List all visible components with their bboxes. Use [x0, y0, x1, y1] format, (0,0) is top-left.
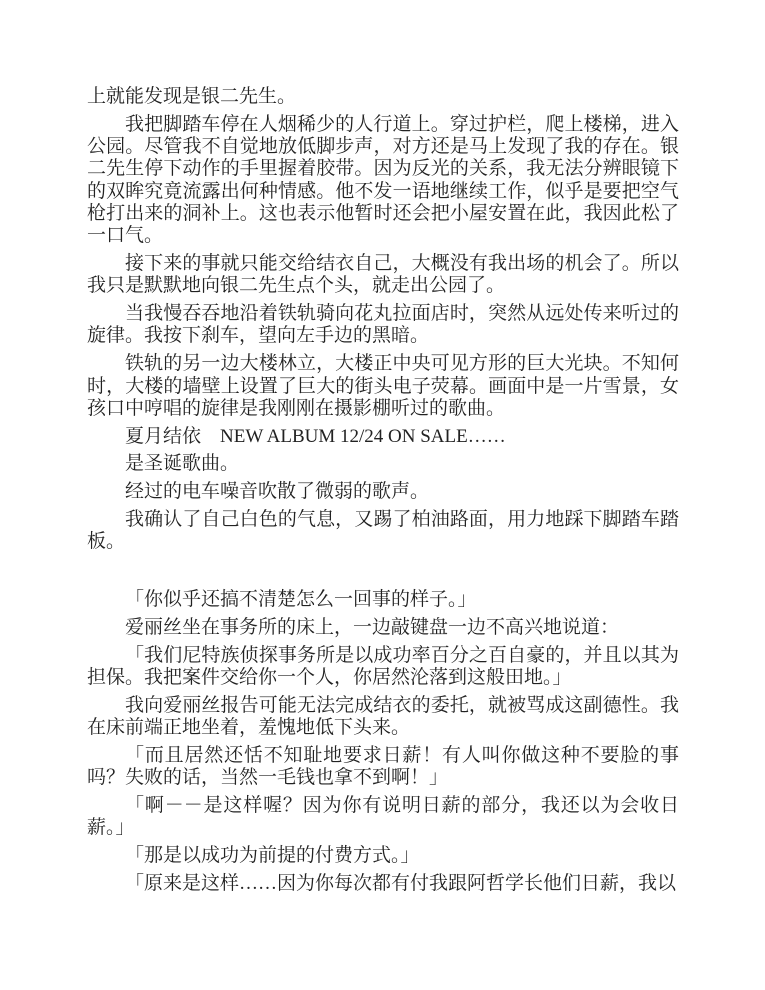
dialogue-paragraph: 「啊－－是这样喔？因为你有说明日薪的部分，我还以为会收日薪。」: [87, 795, 679, 840]
paragraph: 我把脚踏车停在人烟稀少的人行道上。穿过护栏，爬上楼梯，进入公园。尽管我不自觉地放…: [87, 114, 679, 248]
dialogue-paragraph: 「原来是这样……因为你每次都有付我跟阿哲学长他们日薪，我以: [87, 873, 679, 895]
paragraph: 上就能发现是银二先生。: [87, 86, 679, 108]
dialogue-paragraph: 「而且居然还恬不知耻地要求日薪！有人叫你做这种不要脸的事吗？失败的话，当然一毛钱…: [87, 745, 679, 790]
paragraph: 我向爱丽丝报告可能无法完成结衣的委托，就被骂成这副德性。我在床前端正地坐着，羞愧…: [87, 695, 679, 740]
paragraph: 是圣诞歌曲。: [87, 453, 679, 475]
dialogue-paragraph: 「你似乎还搞不清楚怎么一回事的样子。」: [87, 589, 679, 611]
album-banner-line: 夏月结依 NEW ALBUM 12/24 ON SALE……: [87, 426, 679, 448]
dialogue-paragraph: 「我们尼特族侦探事务所是以成功率百分之百自豪的，并且以其为担保。我把案件交给你一…: [87, 645, 679, 690]
paragraph: 当我慢吞吞地沿着铁轨骑向花丸拉面店时，突然从远处传来听过的旋律。我按下刹车，望向…: [87, 303, 679, 348]
scene-break-spacer: [87, 559, 679, 589]
paragraph: 爱丽丝坐在事务所的床上，一边敲键盘一边不高兴地说道：: [87, 617, 679, 639]
paragraph: 我确认了自己白色的气息，又踢了柏油路面，用力地踩下脚踏车踏板。: [87, 509, 679, 554]
dialogue-paragraph: 「那是以成功为前提的付费方式。」: [87, 845, 679, 867]
page-text-block: 上就能发现是银二先生。 我把脚踏车停在人烟稀少的人行道上。穿过护栏，爬上楼梯，进…: [87, 86, 679, 901]
novel-page: 上就能发现是银二先生。 我把脚踏车停在人烟稀少的人行道上。穿过护栏，爬上楼梯，进…: [0, 0, 765, 990]
paragraph: 接下来的事就只能交给结衣自己，大概没有我出场的机会了。所以我只是默默地向银二先生…: [87, 253, 679, 298]
paragraph: 铁轨的另一边大楼林立，大楼正中央可见方形的巨大光块。不知何时，大楼的墙壁上设置了…: [87, 353, 679, 420]
paragraph: 经过的电车噪音吹散了微弱的歌声。: [87, 481, 679, 503]
